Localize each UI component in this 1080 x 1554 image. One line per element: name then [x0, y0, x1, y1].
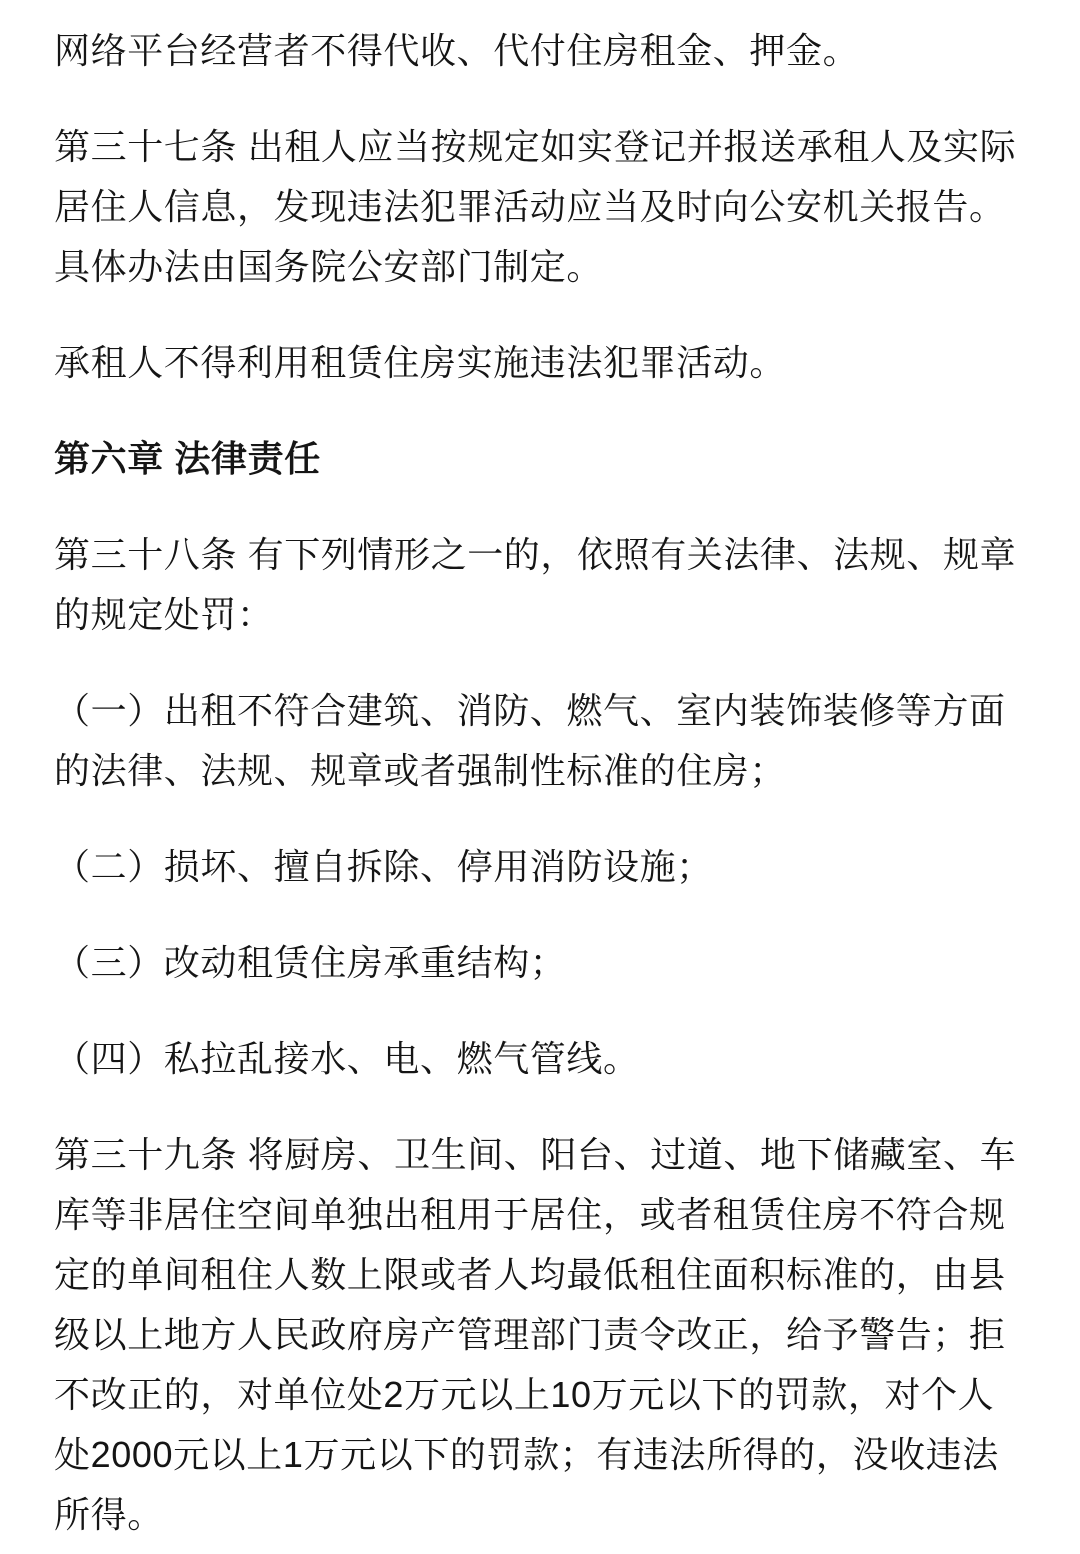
legal-document-body: 网络平台经营者不得代收、代付住房租金、押金。第三十七条 出租人应当按规定如实登记…: [0, 0, 1080, 1545]
paragraph-article-38-item-3: （三）改动租赁住房承重结构；: [54, 933, 1030, 993]
paragraph-tenant-rule: 承租人不得利用租赁住房实施违法犯罪活动。: [54, 333, 1030, 393]
chapter-6-heading: 第六章 法律责任: [54, 429, 1030, 489]
paragraph-article-38-item-4: （四）私拉乱接水、电、燃气管线。: [54, 1029, 1030, 1089]
document-page: { "page": { "width": 1080, "height": 155…: [0, 0, 1080, 1554]
paragraph-article-38-item-2: （二）损坏、擅自拆除、停用消防设施；: [54, 837, 1030, 897]
paragraph-article-38: 第三十八条 有下列情形之一的，依照有关法律、法规、规章的规定处罚：: [54, 525, 1030, 645]
paragraph-article-37: 第三十七条 出租人应当按规定如实登记并报送承租人及实际居住人信息，发现违法犯罪活…: [54, 117, 1030, 297]
paragraph-article-39: 第三十九条 将厨房、卫生间、阳台、过道、地下储藏室、车库等非居住空间单独出租用于…: [54, 1125, 1030, 1545]
paragraph-platform-rule: 网络平台经营者不得代收、代付住房租金、押金。: [54, 21, 1030, 81]
paragraph-article-38-item-1: （一）出租不符合建筑、消防、燃气、室内装饰装修等方面的法律、法规、规章或者强制性…: [54, 681, 1030, 801]
